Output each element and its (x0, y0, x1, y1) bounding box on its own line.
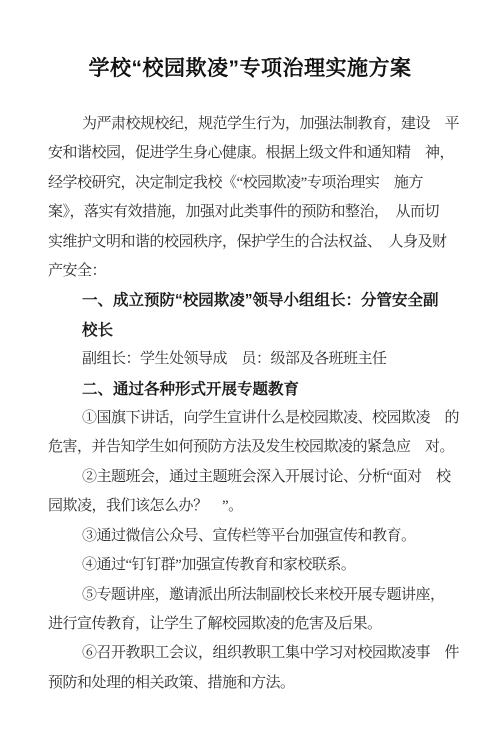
item-2-line-2: 园欺凌，我们该怎么办？ ”。 (48, 492, 452, 521)
document-title: 学校“校园欺凌”专项治理实施方案 (48, 54, 452, 84)
item-5-line-1: ⑤专题讲座，邀请派出所法制副校长来校开展专题讲座， (48, 581, 452, 610)
item-5-line-2: 进行宣传教育，让学生了解校园欺凌的危害及后果。 (48, 610, 452, 639)
document-page: 学校“校园欺凌”专项治理实施方案 为严肃校规校纪，规范学生行为，加强法制教育，建… (0, 0, 500, 747)
item-1-line-1: ①国旗下讲话，向学生宣讲什么是校园欺凌、校园欺凌 的 (48, 404, 452, 433)
intro-line-1: 为严肃校规校纪，规范学生行为，加强法制教育，建设 平 (48, 110, 452, 139)
item-6-line-1: ⑥召开教职工会议，组织教职工集中学习对校园欺凌事 件 (48, 639, 452, 668)
intro-line-6: 产安全： (48, 257, 452, 286)
item-6-line-2: 预防和处理的相关政策、措施和方法。 (48, 669, 452, 698)
item-2-line-1: ②主题班会，通过主题班会深入开展讨论、分析“面对 校 (48, 463, 452, 492)
item-1-line-2: 危害，并告知学生如何预防方法及发生校园欺凌的紧急应 对。 (48, 433, 452, 462)
section2-heading: 二、通过各种形式开展专题教育 (48, 375, 452, 404)
intro-line-5: 实维护文明和谐的校园秩序，保护学生的合法权益、 人身及财 (48, 228, 452, 257)
item-4-line-1: ④通过“钉钉群”加强宣传教育和家校联系。 (48, 551, 452, 580)
intro-line-3: 经学校研究，决定制定我校《“校园欺凌”专项治理实 施方 (48, 169, 452, 198)
section1-subline: 副组长：学生处领导成 员：级部及各班班主任 (48, 345, 452, 374)
document-body: 为严肃校规校纪，规范学生行为，加强法制教育，建设 平 安和谐校园，促进学生身心健… (0, 110, 500, 698)
item-3-line-1: ③通过微信公众号、宣传栏等平台加强宣传和教育。 (48, 522, 452, 551)
section1-heading-line-2: 校长 (48, 316, 452, 345)
intro-line-4: 案》，落实有效措施，加强对此类事件的预防和整治， 从而切 (48, 198, 452, 227)
section1-heading-line-1: 一、成立预防“校园欺凌”领导小组组长：分管安全副 (48, 286, 452, 315)
intro-line-2: 安和谐校园，促进学生身心健康。根据上级文件和通知精 神， (48, 139, 452, 168)
